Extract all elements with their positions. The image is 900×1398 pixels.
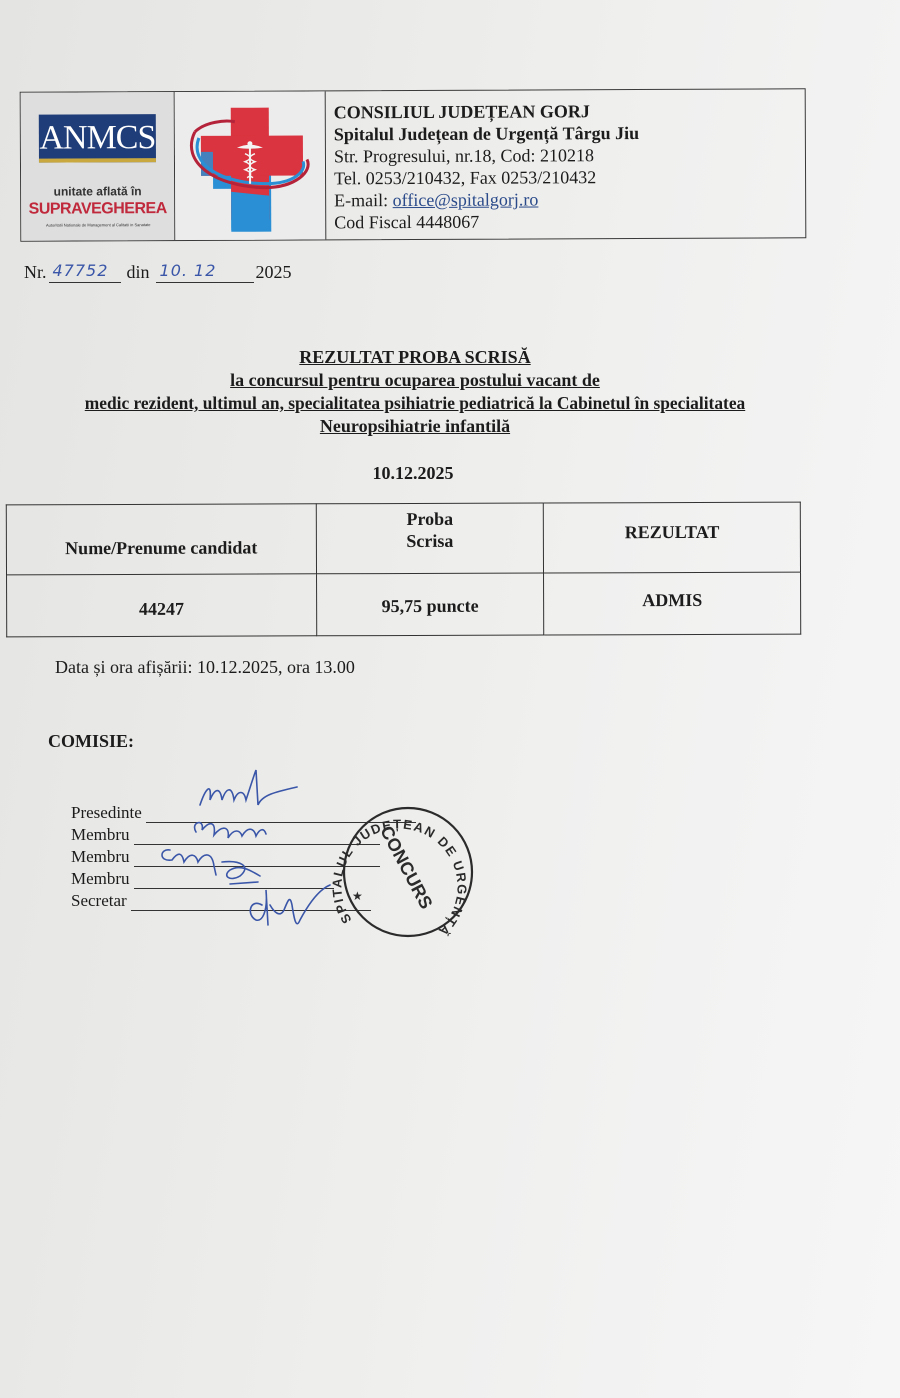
email-link[interactable]: office@spitalgorj.ro bbox=[393, 189, 539, 210]
header-proba-line1: Proba bbox=[406, 508, 453, 528]
email-label: E-mail: bbox=[334, 190, 393, 210]
hospital-logo bbox=[175, 91, 327, 240]
commission-heading: COMISIE: bbox=[48, 731, 134, 752]
din-label: din bbox=[127, 262, 150, 283]
exam-date: 10.12.2025 bbox=[0, 463, 826, 484]
results-table: Nume/Prenume candidat Proba Scrisa REZUL… bbox=[6, 502, 801, 638]
role-label: Secretar bbox=[71, 891, 127, 911]
anmcs-subtitle: unitate aflată în bbox=[21, 184, 174, 199]
hospital-contact-info: CONSILIUL JUDEȚEAN GORJ Spitalul Județea… bbox=[326, 89, 806, 239]
email-line: E-mail: office@spitalgorj.ro bbox=[334, 187, 805, 211]
signature-row-secretary: Secretar bbox=[71, 889, 371, 911]
table-header-row: Nume/Prenume candidat Proba Scrisa REZUL… bbox=[6, 502, 800, 575]
anmcs-supervision: SUPRAVEGHEREA bbox=[21, 200, 174, 219]
cell-score: 95,75 puncte bbox=[316, 573, 544, 636]
nr-field: 47752 bbox=[49, 263, 121, 283]
date-value: 10. 12 bbox=[160, 261, 217, 280]
cell-candidate: 44247 bbox=[7, 574, 317, 637]
title-line-3: medic rezident, ultimul an, specialitate… bbox=[25, 392, 805, 415]
letterhead: ANMCS unitate aflată în SUPRAVEGHEREA Au… bbox=[20, 88, 807, 241]
anmcs-badge: ANMCS bbox=[39, 114, 156, 163]
title-line-2: la concursul pentru ocuparea postului va… bbox=[25, 369, 805, 392]
signature-line bbox=[134, 875, 334, 889]
red-cross-caduceus-icon bbox=[175, 91, 327, 242]
fiscal-code: Cod Fiscal 4448067 bbox=[334, 209, 805, 233]
hospital-phone: Tel. 0253/210432, Fax 0253/210432 bbox=[334, 165, 805, 189]
cell-result: ADMIS bbox=[544, 572, 801, 635]
document-title: REZULTAT PROBA SCRISĂ la concursul pentr… bbox=[25, 346, 805, 438]
anmcs-authority: Autoritatii Nationale de Management al C… bbox=[29, 222, 167, 228]
document-page: ANMCS unitate aflată în SUPRAVEGHEREA Au… bbox=[0, 0, 900, 1398]
role-label: Presedinte bbox=[71, 803, 142, 823]
year: 2025 bbox=[256, 262, 292, 283]
hospital-name: Spitalul Județean de Urgență Târgu Jiu bbox=[334, 121, 805, 145]
nr-value: 47752 bbox=[53, 261, 109, 280]
star-icon: ★ bbox=[352, 889, 363, 903]
hospital-address: Str. Progresului, nr.18, Cod: 210218 bbox=[334, 143, 805, 167]
header-proba-line2: Scrisa bbox=[406, 530, 453, 550]
anmcs-logo: ANMCS unitate aflată în SUPRAVEGHEREA Au… bbox=[21, 92, 176, 241]
role-label: Membru bbox=[71, 847, 130, 867]
signature-row-member-3: Membru bbox=[71, 867, 334, 889]
table-row: 44247 95,75 puncte ADMIS bbox=[7, 572, 801, 637]
date-field: 10. 12 bbox=[156, 263, 254, 283]
role-label: Membru bbox=[71, 869, 130, 889]
title-line-4: Neuropsihiatrie infantilă bbox=[25, 415, 805, 438]
council-name: CONSILIUL JUDEȚEAN GORJ bbox=[334, 99, 805, 123]
header-result: REZULTAT bbox=[544, 502, 801, 573]
registration-line: Nr. 47752 din 10. 12 2025 bbox=[24, 262, 292, 283]
display-datetime: Data și ora afișării: 10.12.2025, ora 13… bbox=[55, 657, 355, 678]
nr-label: Nr. bbox=[24, 262, 47, 283]
title-line-1: REZULTAT PROBA SCRISĂ bbox=[25, 346, 805, 369]
header-written-test: Proba Scrisa bbox=[316, 503, 544, 574]
official-stamp: SPITALUL JUDEȚEAN DE URGENȚĂ TG-JIU CONC… bbox=[330, 800, 475, 950]
header-candidate: Nume/Prenume candidat bbox=[6, 504, 316, 575]
role-label: Membru bbox=[71, 825, 130, 845]
